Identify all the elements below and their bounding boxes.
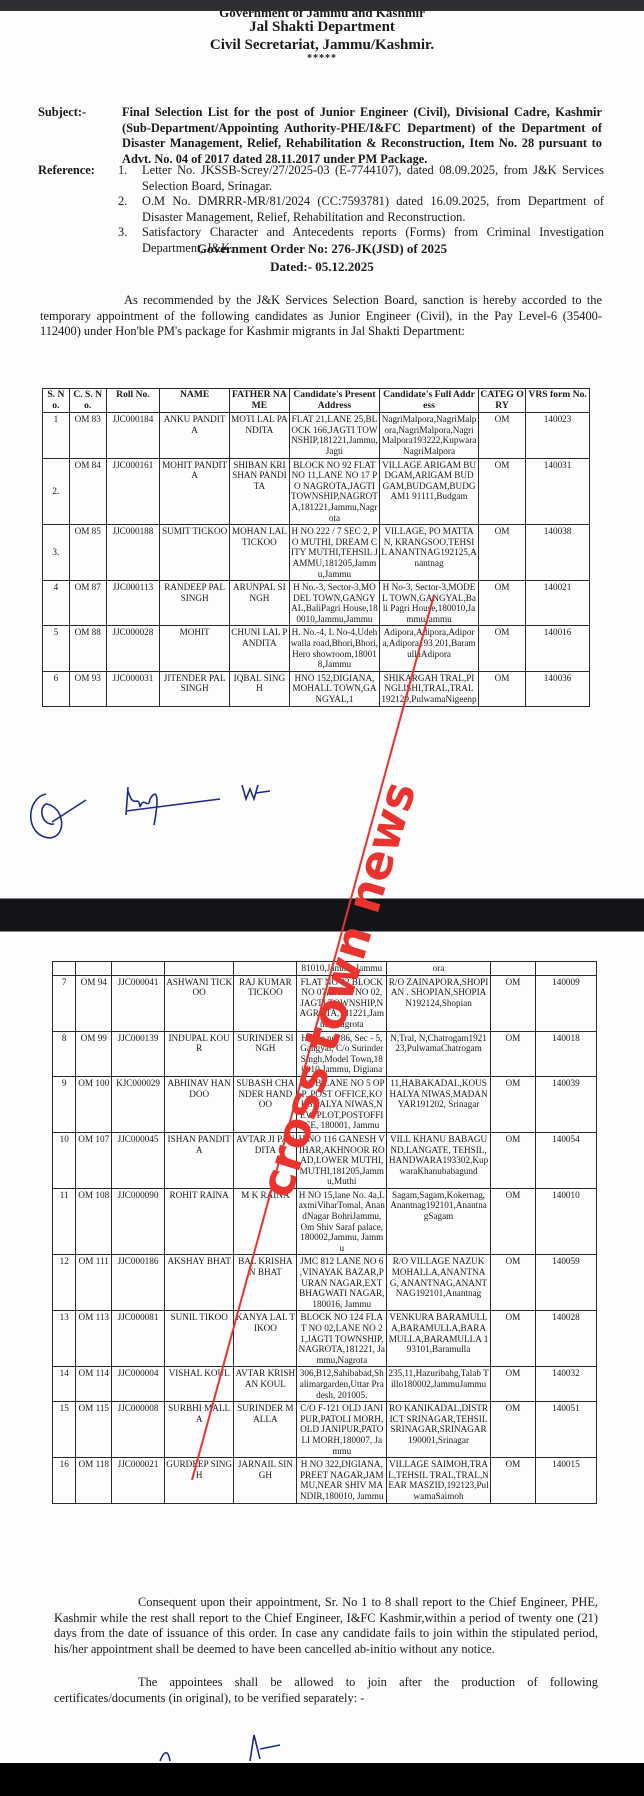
cell-father: AVTAR JI PANDITA xyxy=(234,1132,297,1188)
cell-present: H NO 116 GANESH VIHAR,AKHNOOR ROAD,LOWER… xyxy=(297,1132,387,1188)
cell-cs: OM 99 xyxy=(76,1031,112,1076)
candidates-table-page-2: 81010,Jammu Jammu ora 7OM 94JJC000041ASH… xyxy=(52,961,597,1504)
cell-cat: OM xyxy=(478,671,525,706)
cell-full: H No-3, Sector-3,MODEL TOWN,GANGYAL,Bali… xyxy=(380,581,479,626)
cell-father: MOTI LAL PANDITA xyxy=(230,413,290,458)
cell-vrs: 140051 xyxy=(535,1402,596,1458)
cell-father: SURINDER SINGH xyxy=(234,1031,297,1076)
cell-father: JARNAIL SINGH xyxy=(234,1458,297,1503)
cell-cs: OM 87 xyxy=(69,581,106,626)
cell-sno: 15 xyxy=(53,1402,76,1458)
cell-present: 198/B,LANE NO 5 OPP. POST OFFICE,KOUSHAL… xyxy=(297,1076,387,1132)
cell-full: N,Tral, N,Chatrogam192123,PulwamaChatrog… xyxy=(387,1031,491,1076)
column-header: Candidate's Present Address xyxy=(289,389,379,413)
cell-full: R/O VILLAGE NAZUK MOHALLA,ANANTNAG, ANAN… xyxy=(387,1255,491,1311)
cell-sno: 16 xyxy=(53,1458,76,1503)
cell-cs: OM 84 xyxy=(69,458,106,525)
cell-cat: OM xyxy=(478,525,525,581)
office-address: Civil Secretariat, Jammu/Kashmir. xyxy=(0,36,644,54)
reference-item: 1.Letter No. JKSSB-Screy/27/2025-03 (E-7… xyxy=(118,163,604,194)
cell-sno: 9 xyxy=(53,1076,76,1132)
cell-present: FLAT 21,LANE 25,BLOCK 166,JAGTI TOWNSHIP… xyxy=(289,413,379,458)
cell-cs: OM 83 xyxy=(69,413,106,458)
subject-label: Subject:- xyxy=(38,105,86,121)
cell-name: VISHAL KOUL xyxy=(165,1367,234,1402)
cell-name: RANDEEP PAL SINGH xyxy=(160,581,230,626)
cell-sno: 8 xyxy=(53,1031,76,1076)
table-row: 7OM 94JJC000041ASHWANI TICKOORAJ KUMAR T… xyxy=(53,975,597,1031)
signature-2 xyxy=(120,781,230,831)
cell-roll: JJC000031 xyxy=(106,671,159,706)
subject-text: Final Selection List for the post of Jun… xyxy=(122,105,602,167)
table-row: 9OM 100KJC000029ABHINAV HANDOOSUBASH CHA… xyxy=(53,1076,597,1132)
cell-cs: OM 100 xyxy=(76,1076,112,1132)
cell-cat: OM xyxy=(491,1076,536,1132)
cell-roll: JJC000186 xyxy=(112,1255,165,1311)
cell-cat: OM xyxy=(491,1255,536,1311)
cell-full: 235,11,Hazuribahg,Talab Tillo180002,Jamm… xyxy=(387,1367,491,1402)
cell-father: ARUNPAL SINGH xyxy=(230,581,290,626)
cell-vrs: 140009 xyxy=(535,975,596,1031)
cell-roll: JJC000028 xyxy=(106,626,159,671)
table-continuation-row: 81010,Jammu Jammu ora xyxy=(53,962,597,976)
column-header: Candidate's Full Address xyxy=(380,389,479,413)
cell-name: MOHIT PANDITA xyxy=(160,458,230,525)
cell-present: BLOCK NO 124 FLAT NO 02,LANE NO 21,JAGTI… xyxy=(297,1311,387,1367)
cell-full: RO KANIKADAL,DISTRICT SRINAGAR,TEHSIL SR… xyxy=(387,1402,491,1458)
cell-father: M K RAINA xyxy=(234,1188,297,1255)
cell-sno: 5 xyxy=(43,626,70,671)
cell-roll: JJC000184 xyxy=(106,413,159,458)
cell-roll: JJC000188 xyxy=(106,525,159,581)
table-row: 15OM 115JJC000008SURBHI MALLASURINDER MA… xyxy=(53,1402,597,1458)
cell-full: VENKURA BARAMULLA,BARAMULLA,BARAMULLA,BA… xyxy=(387,1311,491,1367)
cell-cs: OM 118 xyxy=(76,1458,112,1503)
column-header: C. S. No. xyxy=(69,389,106,413)
cell-cat: OM xyxy=(491,1402,536,1458)
cell-cat: OM xyxy=(491,1132,536,1188)
top-dark-bar xyxy=(0,0,644,11)
cell-cat: OM xyxy=(478,413,525,458)
column-header: Roll No. xyxy=(106,389,159,413)
cell-present: H NO 322,DIGIANA,PREET NAGAR,JAMMU,NEAR … xyxy=(297,1458,387,1503)
cell-cs: OM 108 xyxy=(76,1188,112,1255)
cell-full: Sagam,Sagam,Kokernag, Anantnag192101,Ana… xyxy=(387,1188,491,1255)
cell-father: RAJ KUMAR TICKOO xyxy=(234,975,297,1031)
cell-name: ROHIT RAINA xyxy=(165,1188,234,1255)
cell-name: ABHINAV HANDOO xyxy=(165,1076,234,1132)
cell-vrs: 140016 xyxy=(526,626,590,671)
letterhead-cut-line: Government of Jammu and Kashmir xyxy=(0,11,644,18)
cell-roll: JJC000081 xyxy=(112,1311,165,1367)
cell-vrs: 140039 xyxy=(535,1076,596,1132)
cell-vrs: 140059 xyxy=(535,1255,596,1311)
order-number: Government Order No: 276-JK(JSD) of 2025 xyxy=(0,241,644,257)
cell-cat: OM xyxy=(478,581,525,626)
cell-present: H No.-3, Sector-3,MODEL TOWN,GANGYAL,Bal… xyxy=(289,581,379,626)
signature-1 xyxy=(24,786,94,846)
stars-divider: ***** xyxy=(0,54,644,64)
cell-roll: KJC000029 xyxy=(112,1076,165,1132)
cell-cs: OM 85 xyxy=(69,525,106,581)
table-row: 16OM 118JJC000021GURDEEP SINGHJARNAIL SI… xyxy=(53,1458,597,1503)
cell-vrs: 140032 xyxy=(535,1367,596,1402)
cell-cs: OM 115 xyxy=(76,1402,112,1458)
cell-name: MOHIT xyxy=(160,626,230,671)
cell-sno: 11 xyxy=(53,1188,76,1255)
cell-name: JITENDER PAL SINGH xyxy=(160,671,230,706)
department-name: Jal Shakti Department xyxy=(0,18,644,36)
cell-sno: 4 xyxy=(43,581,70,626)
cell-name: ISHAN PANDITA xyxy=(165,1132,234,1188)
cell-cs: OM 93 xyxy=(69,671,106,706)
cell-full: NagriMalpora,NagriMalpora,NagriMalpora,N… xyxy=(380,413,479,458)
letterhead: Government of Jammu and Kashmir Jal Shak… xyxy=(0,11,644,64)
cell-cat: OM xyxy=(491,1311,536,1367)
cell-full: 11,HABAKADAL,KOUSHALYA NIWAS,MADANYAR191… xyxy=(387,1076,491,1132)
cell-father: BAL KRISHAN BHAT xyxy=(234,1255,297,1311)
cell-cat: OM xyxy=(491,1458,536,1503)
column-header: VRS form No. xyxy=(526,389,590,413)
reference-item: 2.O.M No. DMRRR-MR/81/2024 (CC:7593781) … xyxy=(118,194,604,225)
order-date: Dated:- 05.12.2025 xyxy=(0,259,644,275)
cell-roll: JJC000041 xyxy=(112,975,165,1031)
cell-vrs: 140015 xyxy=(535,1458,596,1503)
cell-roll: JJC000045 xyxy=(112,1132,165,1188)
cell-sno: 10 xyxy=(53,1132,76,1188)
cell-present: C/O F-121 OLD JANIPUR,PATOLI MORH,OLD JA… xyxy=(297,1402,387,1458)
cell-roll: JJC000113 xyxy=(106,581,159,626)
cell-name: AKSHAY BHAT xyxy=(165,1255,234,1311)
cell-vrs: 140010 xyxy=(535,1188,596,1255)
table-row: 10OM 107JJC000045ISHAN PANDITAAVTAR JI P… xyxy=(53,1132,597,1188)
cell-father: KANYA LAL TIKOO xyxy=(234,1311,297,1367)
intro-paragraph: As recommended by the J&K Services Selec… xyxy=(40,293,602,340)
cell-roll: JJC000090 xyxy=(112,1188,165,1255)
table-row: 1OM 83JJC000184ANKU PANDITAMOTI LAL PAND… xyxy=(43,413,590,458)
cell-name: SUMIT TICKOO xyxy=(160,525,230,581)
cell-father: SURINDER MALLA xyxy=(234,1402,297,1458)
table-row: 8OM 99JJC000139INDUPAL KOURSURINDER SING… xyxy=(53,1031,597,1076)
cell-present: House no. 86, Sec - 5,Gangyal, C/o Surin… xyxy=(297,1031,387,1076)
table-row: 11OM 108JJC000090ROHIT RAINAM K RAINAH N… xyxy=(53,1188,597,1255)
table-row: 13OM 113JJC000081SUNIL TIKOOKANYA LAL TI… xyxy=(53,1311,597,1367)
cell-name: ANKU PANDITA xyxy=(160,413,230,458)
column-header: NAME xyxy=(160,389,230,413)
cell-sno: 12 xyxy=(53,1255,76,1311)
table-row: 6OM 93JJC000031JITENDER PAL SINGHIQBAL S… xyxy=(43,671,590,706)
cell-vrs: 140036 xyxy=(526,671,590,706)
page-separator xyxy=(0,898,644,932)
reference-label: Reference: xyxy=(38,163,95,179)
column-header: CATEG ORY xyxy=(478,389,525,413)
cell-present: JMC 812 LANE NO 6 ,VINAYAK BAZAR,PURAN N… xyxy=(297,1255,387,1311)
closing-paragraph-documents: The appointees shall be allowed to join … xyxy=(54,1675,598,1706)
cell-father: IQBAL SINGH xyxy=(230,671,290,706)
document-page-1: Government of Jammu and Kashmir Jal Shak… xyxy=(0,11,644,898)
signature-partial xyxy=(150,1731,300,1763)
cell-sno: 2. xyxy=(43,458,70,525)
cell-vrs: 140038 xyxy=(526,525,590,581)
cell-roll: JJC000139 xyxy=(112,1031,165,1076)
cell-vrs: 140023 xyxy=(526,413,590,458)
candidates-table-page-1: S. No.C. S. No.Roll No.NAMEFATHER NAMECa… xyxy=(42,388,590,707)
cell-full: Adipora,Adipora,Adipora,Adipora193 201,B… xyxy=(380,626,479,671)
cell-cat: OM xyxy=(491,1188,536,1255)
cell-father: MOHAN LAL TICKOO xyxy=(230,525,290,581)
cell-sno: 13 xyxy=(53,1311,76,1367)
cell-cat: OM xyxy=(491,975,536,1031)
cell-father: AVTAR KRISHAN KOUL xyxy=(234,1367,297,1402)
cell-cat: OM xyxy=(491,1367,536,1402)
closing-paragraph-reporting: Consequent upon their appointment, Sr. N… xyxy=(54,1595,598,1657)
cell-father: CHUNI LAL PANDITA xyxy=(230,626,290,671)
cell-name: ASHWANI TICKOO xyxy=(165,975,234,1031)
cell-present: HNO 152,DIGIANA,MOHALL TOWN,GANGYAL,1 xyxy=(289,671,379,706)
cell-cs: OM 94 xyxy=(76,975,112,1031)
cell-present: H NO 222 / 7 SEC 2, PO MUTHI, DREAM CITY… xyxy=(289,525,379,581)
table-row: 4OM 87JJC000113RANDEEP PAL SINGHARUNPAL … xyxy=(43,581,590,626)
cell-cat: OM xyxy=(478,458,525,525)
cell-cs: OM 111 xyxy=(76,1255,112,1311)
cell-full: R/O ZAINAPORA,SHOPIAN . SHOPIAN,SHOPIAN1… xyxy=(387,975,491,1031)
cell-full: VILLAGE, PO MATTAN, KRANGSOO,TEHSIL ANAN… xyxy=(380,525,479,581)
cell-present: FLAT NO 02 BLOCK NO 07,LANE NO 02, JAGTI… xyxy=(297,975,387,1031)
signature-3 xyxy=(238,781,278,805)
cell-full: VILLAGE SAIMOH,TRAL,TEHSIL TRAL,TRAL,NEA… xyxy=(387,1458,491,1503)
cell-cs: OM 114 xyxy=(76,1367,112,1402)
cell-cs: OM 107 xyxy=(76,1132,112,1188)
cell-cat: OM xyxy=(478,626,525,671)
cell-present: 306,B12,Sahibabad,Shalimargarden,Uttar P… xyxy=(297,1367,387,1402)
table-row: 2.OM 84JJC000161MOHIT PANDITASHIBAN KRIS… xyxy=(43,458,590,525)
cell-vrs: 140018 xyxy=(535,1031,596,1076)
cell-name: SUNIL TIKOO xyxy=(165,1311,234,1367)
cell-father: SHIBAN KRISHAN PANDITA xyxy=(230,458,290,525)
column-header: FATHER NAME xyxy=(230,389,290,413)
cell-name: INDUPAL KOUR xyxy=(165,1031,234,1076)
table-row: 14OM 114JJC000004VISHAL KOULAVTAR KRISHA… xyxy=(53,1367,597,1402)
cell-vrs: 140021 xyxy=(526,581,590,626)
cell-cat: OM xyxy=(491,1031,536,1076)
document-page-2: 81010,Jammu Jammu ora 7OM 94JJC000041ASH… xyxy=(0,931,644,1763)
cell-vrs: 140028 xyxy=(535,1311,596,1367)
cell-name: GURDEEP SINGH xyxy=(165,1458,234,1503)
cell-roll: JJC000008 xyxy=(112,1402,165,1458)
table-row: 5OM 88JJC000028MOHITCHUNI LAL PANDITAH. … xyxy=(43,626,590,671)
cell-vrs: 140031 xyxy=(526,458,590,525)
cell-vrs: 140054 xyxy=(535,1132,596,1188)
cell-full: SHIKARGAH TRAL,PINGLISHI,TRAL,TRAL 19212… xyxy=(380,671,479,706)
cell-sno: 3. xyxy=(43,525,70,581)
cell-father: SUBASH CHANDER HANDOO xyxy=(234,1076,297,1132)
cell-present: BLOCK NO 92 FLAT NO 11,LANE NO 17 PO NAG… xyxy=(289,458,379,525)
cell-cs: OM 113 xyxy=(76,1311,112,1367)
cell-sno: 14 xyxy=(53,1367,76,1402)
cell-roll: JJC000161 xyxy=(106,458,159,525)
cell-roll: JJC000004 xyxy=(112,1367,165,1402)
table-row: 12OM 111JJC000186AKSHAY BHATBAL KRISHAN … xyxy=(53,1255,597,1311)
cell-cs: OM 88 xyxy=(69,626,106,671)
column-header: S. No. xyxy=(43,389,70,413)
cell-roll: JJC000021 xyxy=(112,1458,165,1503)
bottom-dark-bar xyxy=(0,1763,644,1796)
cell-name: SURBHI MALLA xyxy=(165,1402,234,1458)
cell-full: VILL KHANU BABAGUND,LANGATE, TEHSIL,HAND… xyxy=(387,1132,491,1188)
cell-present: H. No.-4, L No-4,Udehwalla road,Bhori,Bh… xyxy=(289,626,379,671)
cell-full: VILLAGE ARIGAM BUDGAM,ARIGAM BUDGAM,BUDG… xyxy=(380,458,479,525)
cell-present: H NO 15,lane No. 4a,LaxmiViharTomal, Ana… xyxy=(297,1188,387,1255)
cell-sno: 1 xyxy=(43,413,70,458)
table-row: 3.OM 85JJC000188SUMIT TICKOOMOHAN LAL TI… xyxy=(43,525,590,581)
cell-sno: 6 xyxy=(43,671,70,706)
cell-sno: 7 xyxy=(53,975,76,1031)
